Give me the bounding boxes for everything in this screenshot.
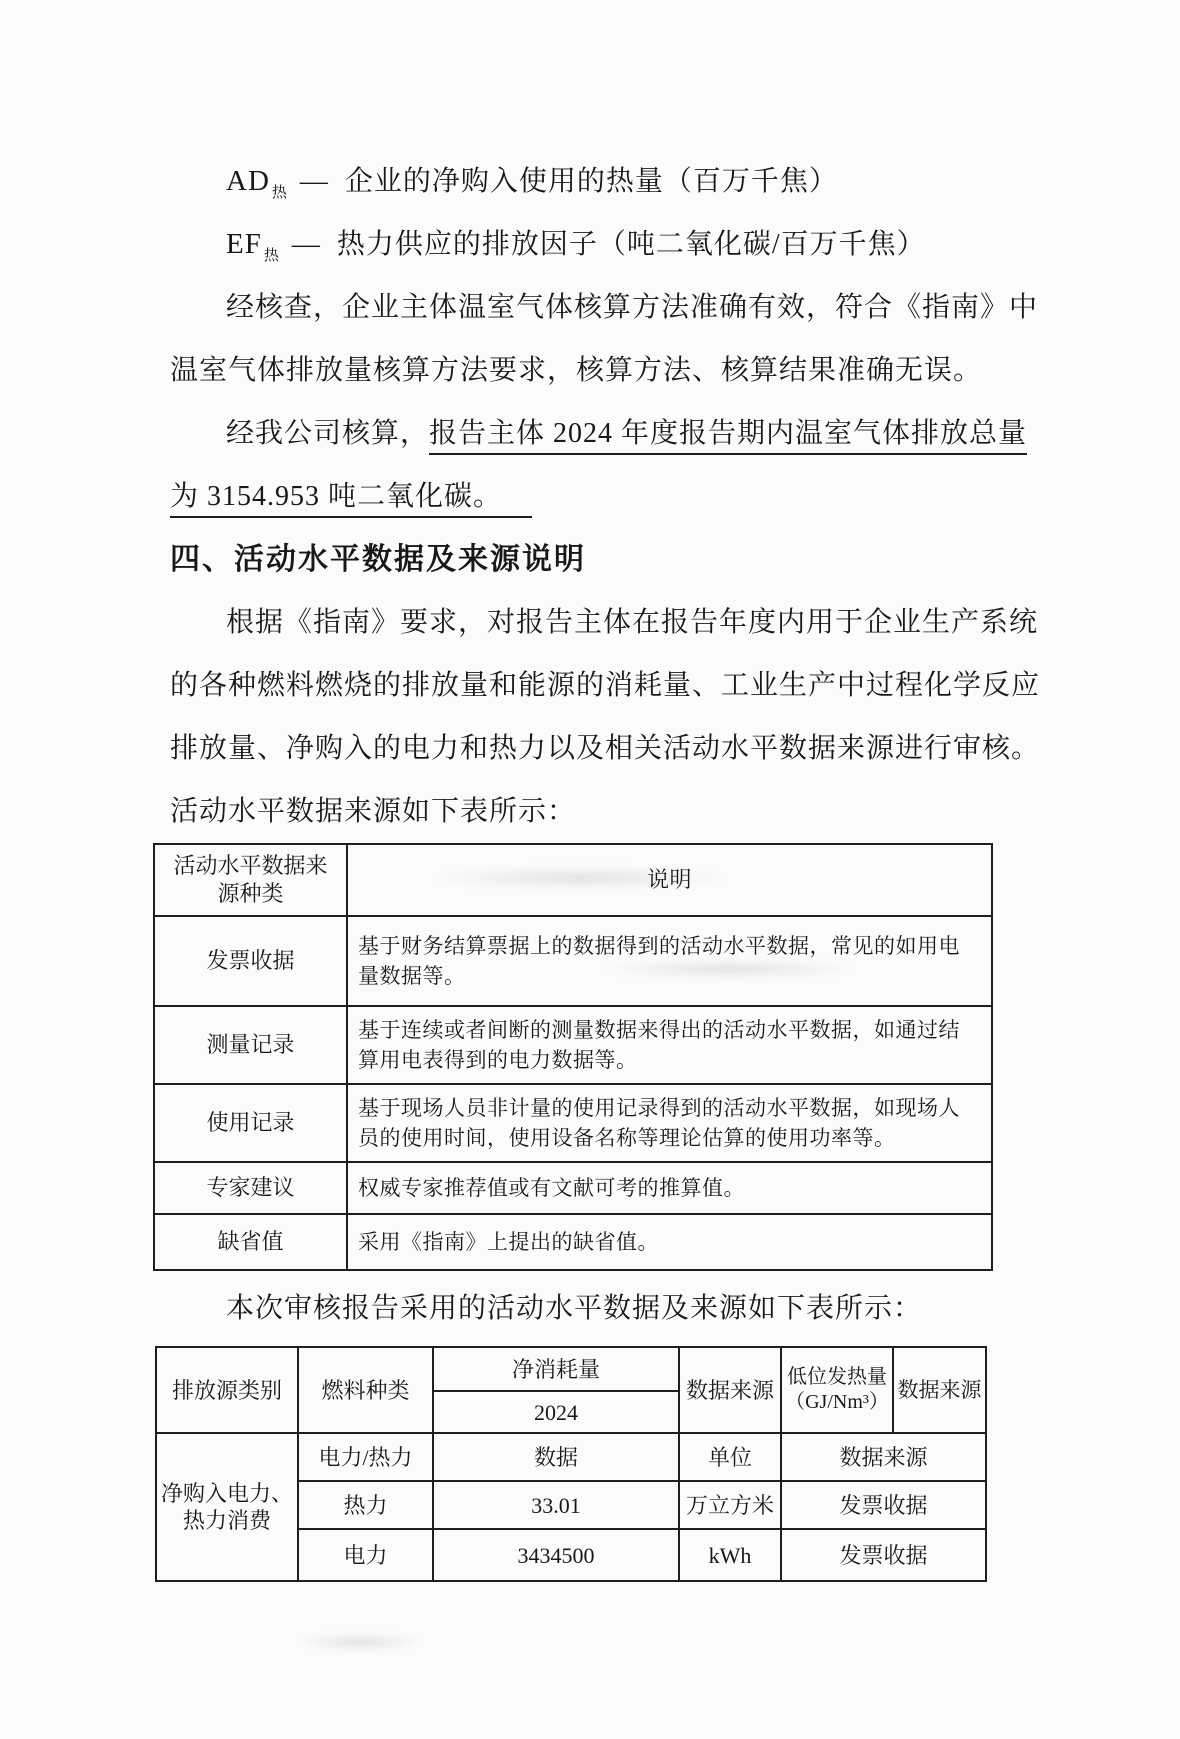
cell-fuel: 热力 <box>298 1481 433 1529</box>
header-data-source-2: 数据来源 <box>893 1347 986 1433</box>
data-table-header-row-1: 排放源类别 燃料种类 净消耗量 数据来源 低位发热量 （GJ/Nm³） 数据来源 <box>156 1347 986 1391</box>
conclusion-prefix: 经我公司核算， <box>226 418 429 449</box>
header-emission-source: 排放源类别 <box>156 1347 298 1433</box>
header-category-line-2: 源种类 <box>161 880 340 908</box>
category-line-2: 热力消费 <box>159 1507 295 1534</box>
lhv-line-1: 低位发热量 <box>784 1365 890 1390</box>
conclusion-underlined-value: 为 3154.953 吨二氧化碳。 <box>170 481 532 518</box>
cell-value: 3434500 <box>433 1529 679 1581</box>
conclusion-line-1: 经我公司核算，报告主体 2024 年度报告期内温室气体排放总量 <box>170 402 1020 465</box>
cell-source: 发票收据 <box>781 1529 986 1581</box>
scan-smudge <box>295 1632 425 1652</box>
verification-paragraph-line-2: 温室气体排放量核算方法要求，核算方法、核算结果准确无误。 <box>170 339 1020 402</box>
symbol-ef-subscript: 热 <box>264 248 280 264</box>
row-description: 基于连续或者间断的测量数据来得出的活动水平数据，如通过结算用电表得到的电力数据等… <box>347 1006 992 1084</box>
row-category: 缺省值 <box>154 1214 347 1270</box>
row-description: 基于现场人员非计量的使用记录得到的活动水平数据，如现场人员的使用时间，使用设备名… <box>347 1084 992 1162</box>
symbol-ad-subscript: 热 <box>272 185 288 201</box>
cell-emission-source-category: 净购入电力、 热力消费 <box>156 1433 298 1581</box>
audited-activity-data-table: 排放源类别 燃料种类 净消耗量 数据来源 低位发热量 （GJ/Nm³） 数据来源… <box>155 1346 987 1582</box>
row-category: 测量记录 <box>154 1006 347 1084</box>
scanned-report-page: AD热—企业的净购入使用的热量（百万千焦） EF热—热力供应的排放因子（吨二氧化… <box>0 0 1180 1739</box>
em-dash: — <box>300 166 329 197</box>
definition-line-ef: EF热—热力供应的排放因子（吨二氧化碳/百万千焦） <box>170 213 1020 276</box>
row-description: 基于财务结算票据上的数据得到的活动水平数据，常见的如用电量数据等。 <box>347 916 992 1006</box>
cell-source: 数据来源 <box>781 1433 986 1481</box>
source-table-row-usage: 使用记录 基于现场人员非计量的使用记录得到的活动水平数据，如现场人员的使用时间，… <box>154 1084 992 1162</box>
source-table-row-expert: 专家建议 权威专家推荐值或有文献可考的推算值。 <box>154 1162 992 1214</box>
definition-ef-text: 热力供应的排放因子（吨二氧化碳/百万千焦） <box>337 229 926 260</box>
cell-fuel: 电力/热力 <box>298 1433 433 1481</box>
definition-ad-text: 企业的净购入使用的热量（百万千焦） <box>345 166 838 197</box>
source-table-header-row: 活动水平数据来 源种类 说明 <box>154 844 992 916</box>
header-fuel-type: 燃料种类 <box>298 1347 433 1433</box>
header-lower-heating-value: 低位发热量 （GJ/Nm³） <box>781 1347 893 1433</box>
source-table-header-description: 说明 <box>347 844 992 916</box>
symbol-ad: AD <box>226 165 270 197</box>
symbol-ef: EF <box>226 228 262 260</box>
lhv-line-2: （GJ/Nm³） <box>784 1390 890 1415</box>
source-table-row-default: 缺省值 采用《指南》上提出的缺省值。 <box>154 1214 992 1270</box>
section-4-intro-line-2: 的各种燃料燃烧的排放量和能源的消耗量、工业生产中过程化学反应 <box>170 654 1020 717</box>
row-description: 权威专家推荐值或有文献可考的推算值。 <box>347 1162 992 1214</box>
header-year: 2024 <box>433 1391 679 1433</box>
section-4-intro-line-1: 根据《指南》要求，对报告主体在报告年度内用于企业生产系统 <box>170 591 1020 654</box>
row-description: 采用《指南》上提出的缺省值。 <box>347 1214 992 1270</box>
em-dash: — <box>292 229 321 260</box>
conclusion-line-2: 为 3154.953 吨二氧化碳。 <box>170 465 1020 528</box>
verification-paragraph-line-1: 经核查，企业主体温室气体核算方法准确有效，符合《指南》中 <box>170 276 1020 339</box>
conclusion-underlined-total: 报告主体 2024 年度报告期内温室气体排放总量 <box>429 418 1027 455</box>
source-table-row-invoice: 发票收据 基于财务结算票据上的数据得到的活动水平数据，常见的如用电量数据等。 <box>154 916 992 1006</box>
cell-fuel: 电力 <box>298 1529 433 1581</box>
cell-value: 数据 <box>433 1433 679 1481</box>
cell-unit: kWh <box>679 1529 781 1581</box>
data-table-intro: 本次审核报告采用的活动水平数据及来源如下表所示： <box>170 1277 1020 1340</box>
header-net-consumption: 净消耗量 <box>433 1347 679 1391</box>
source-table-row-measurement: 测量记录 基于连续或者间断的测量数据来得出的活动水平数据，如通过结算用电表得到的… <box>154 1006 992 1084</box>
header-data-source: 数据来源 <box>679 1347 781 1433</box>
row-category: 发票收据 <box>154 916 347 1006</box>
cell-unit: 万立方米 <box>679 1481 781 1529</box>
cell-unit: 单位 <box>679 1433 781 1481</box>
row-category: 使用记录 <box>154 1084 347 1162</box>
section-4-heading: 四、活动水平数据及来源说明 <box>170 528 1020 591</box>
cell-value: 33.01 <box>433 1481 679 1529</box>
row-category: 专家建议 <box>154 1162 347 1214</box>
section-4-intro-line-3: 排放量、净购入的电力和热力以及相关活动水平数据来源进行审核。 <box>170 717 1020 780</box>
source-table-header-category: 活动水平数据来 源种类 <box>154 844 347 916</box>
cell-source: 发票收据 <box>781 1481 986 1529</box>
category-line-1: 净购入电力、 <box>159 1480 295 1507</box>
activity-data-source-table: 活动水平数据来 源种类 说明 发票收据 基于财务结算票据上的数据得到的活动水平数… <box>153 843 993 1271</box>
definition-line-ad: AD热—企业的净购入使用的热量（百万千焦） <box>170 150 1020 213</box>
data-table-row-1: 净购入电力、 热力消费 电力/热力 数据 单位 数据来源 <box>156 1433 986 1481</box>
section-4-intro-line-4: 活动水平数据来源如下表所示： <box>170 780 1020 843</box>
page-content: AD热—企业的净购入使用的热量（百万千焦） EF热—热力供应的排放因子（吨二氧化… <box>170 150 1020 1582</box>
header-category-line-1: 活动水平数据来 <box>161 852 340 880</box>
